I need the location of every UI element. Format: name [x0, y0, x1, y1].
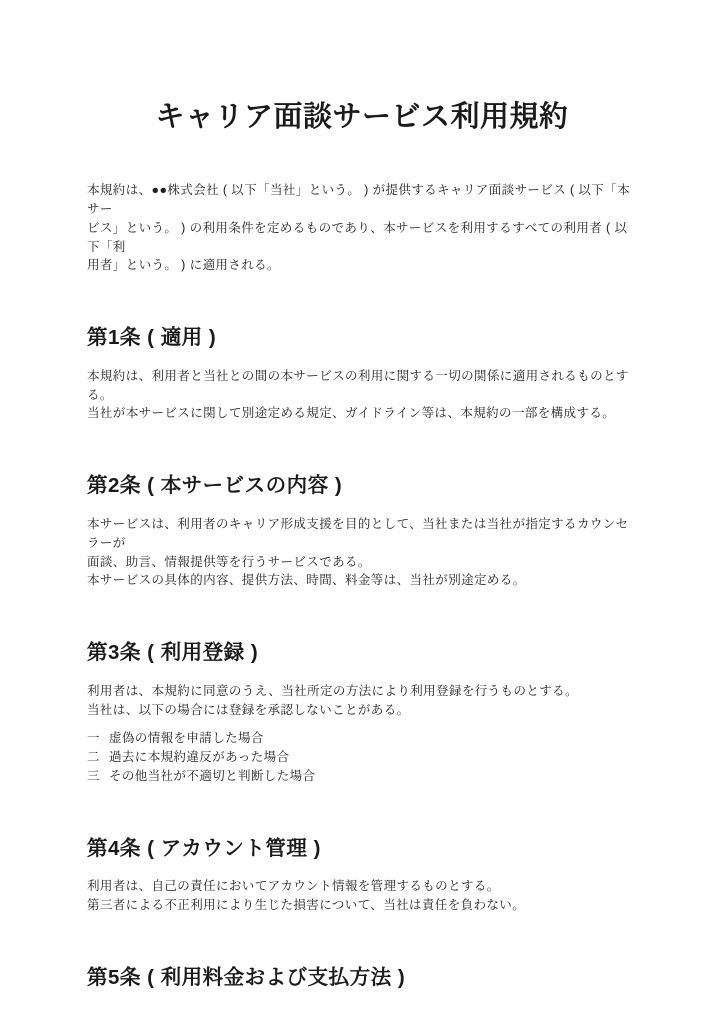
article-2-body: 本サービスは、利用者のキャリア形成支援を目的として、当社または当社が指定するカウ…: [87, 515, 637, 590]
article-4-heading: 第4条 ( アカウント管理 ): [87, 836, 637, 863]
article-2-heading: 第2条 ( 本サービスの内容 ): [87, 473, 637, 500]
list-marker: 三: [87, 767, 100, 786]
list-item: 三 その他当社が不適切と判断した場合: [87, 767, 637, 786]
article-3-body: 利用者は、本規約に同意のうえ、当社所定の方法により利用登録を行うものとする。 当…: [87, 682, 637, 720]
article-1-body: 本規約は、利用者と当社との間の本サービスの利用に関する一切の関係に適用されるもの…: [87, 367, 637, 423]
section-article-4: 第4条 ( アカウント管理 ) 利用者は、自己の責任においてアカウント情報を管理…: [87, 836, 637, 915]
list-item: 一 虚偽の情報を申請した場合: [87, 729, 637, 748]
list-item: 二 過去に本規約違反があった場合: [87, 748, 637, 767]
article-3-heading: 第3条 ( 利用登録 ): [87, 640, 637, 667]
registration-denial-list: 一 虚偽の情報を申請した場合 二 過去に本規約違反があった場合 三 その他当社が…: [87, 729, 637, 785]
section-article-2: 第2条 ( 本サービスの内容 ) 本サービスは、利用者のキャリア形成支援を目的と…: [87, 473, 637, 590]
article-5-heading: 第5条 ( 利用料金および支払方法 ): [87, 965, 637, 992]
section-article-3: 第3条 ( 利用登録 ) 利用者は、本規約に同意のうえ、当社所定の方法により利用…: [87, 640, 637, 786]
section-article-5: 第5条 ( 利用料金および支払方法 ): [87, 965, 637, 992]
article-1-heading: 第1条 ( 適用 ): [87, 325, 637, 352]
section-article-1: 第1条 ( 適用 ) 本規約は、利用者と当社との間の本サービスの利用に関する一切…: [87, 325, 637, 423]
article-4-body: 利用者は、自己の責任においてアカウント情報を管理するものとする。 第三者による不…: [87, 877, 637, 915]
document-title: キャリア面談サービス利用規約: [87, 99, 637, 135]
intro-paragraph: 本規約は、●●株式会社 ( 以下「当社」という。 ) が提供するキャリア面談サー…: [87, 181, 637, 275]
list-marker: 一: [87, 729, 100, 748]
document-page: キャリア面談サービス利用規約 本規約は、●●株式会社 ( 以下「当社」という。 …: [0, 0, 724, 1024]
list-text: 虚偽の情報を申請した場合: [109, 729, 264, 748]
list-text: 過去に本規約違反があった場合: [109, 748, 289, 767]
list-marker: 二: [87, 748, 100, 767]
list-text: その他当社が不適切と判断した場合: [109, 767, 315, 786]
